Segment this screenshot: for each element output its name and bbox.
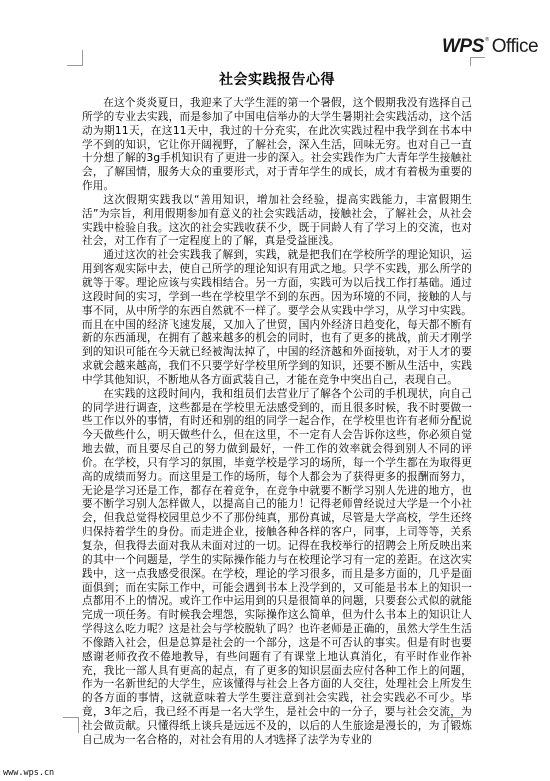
logo-wps-text: WPS [442,36,484,58]
paragraph: 在这个炎炎夏日，我迎来了大学生涯的第一个暑假，这个假期我没有选择自己所学的专业去… [82,97,472,194]
document-title: 社会实践报告心得 [82,71,472,89]
paragraph: 这次假期实践我以“善用知识，增加社会经验，提高实践能力，丰富假期生活”为宗旨，利… [82,194,472,249]
logo-office-text: Office [492,36,538,58]
paragraph: 在实践的这段时间内，我和组员们去营业厅了解各个公司的手机现状，向自己的同学进行调… [82,388,472,748]
registered-mark-icon: ® [485,37,490,43]
crop-mark-top-left-icon [67,50,83,66]
crop-mark-top-right-icon [470,57,485,66]
document-body: 在这个炎炎夏日，我迎来了大学生涯的第一个暑假，这个假期我没有选择自己所学的专业去… [82,97,472,748]
paragraph: 通过这次的社会实践我了解到，实践，就是把我们在学校所学的理论知识，运用到客观实际… [82,249,472,387]
wps-office-logo: WPS ® Office [442,36,538,58]
footer-url: www.wps.cn [3,768,54,778]
crop-mark-bottom-left-icon [63,717,79,733]
page-number: - 1 - [0,734,550,743]
